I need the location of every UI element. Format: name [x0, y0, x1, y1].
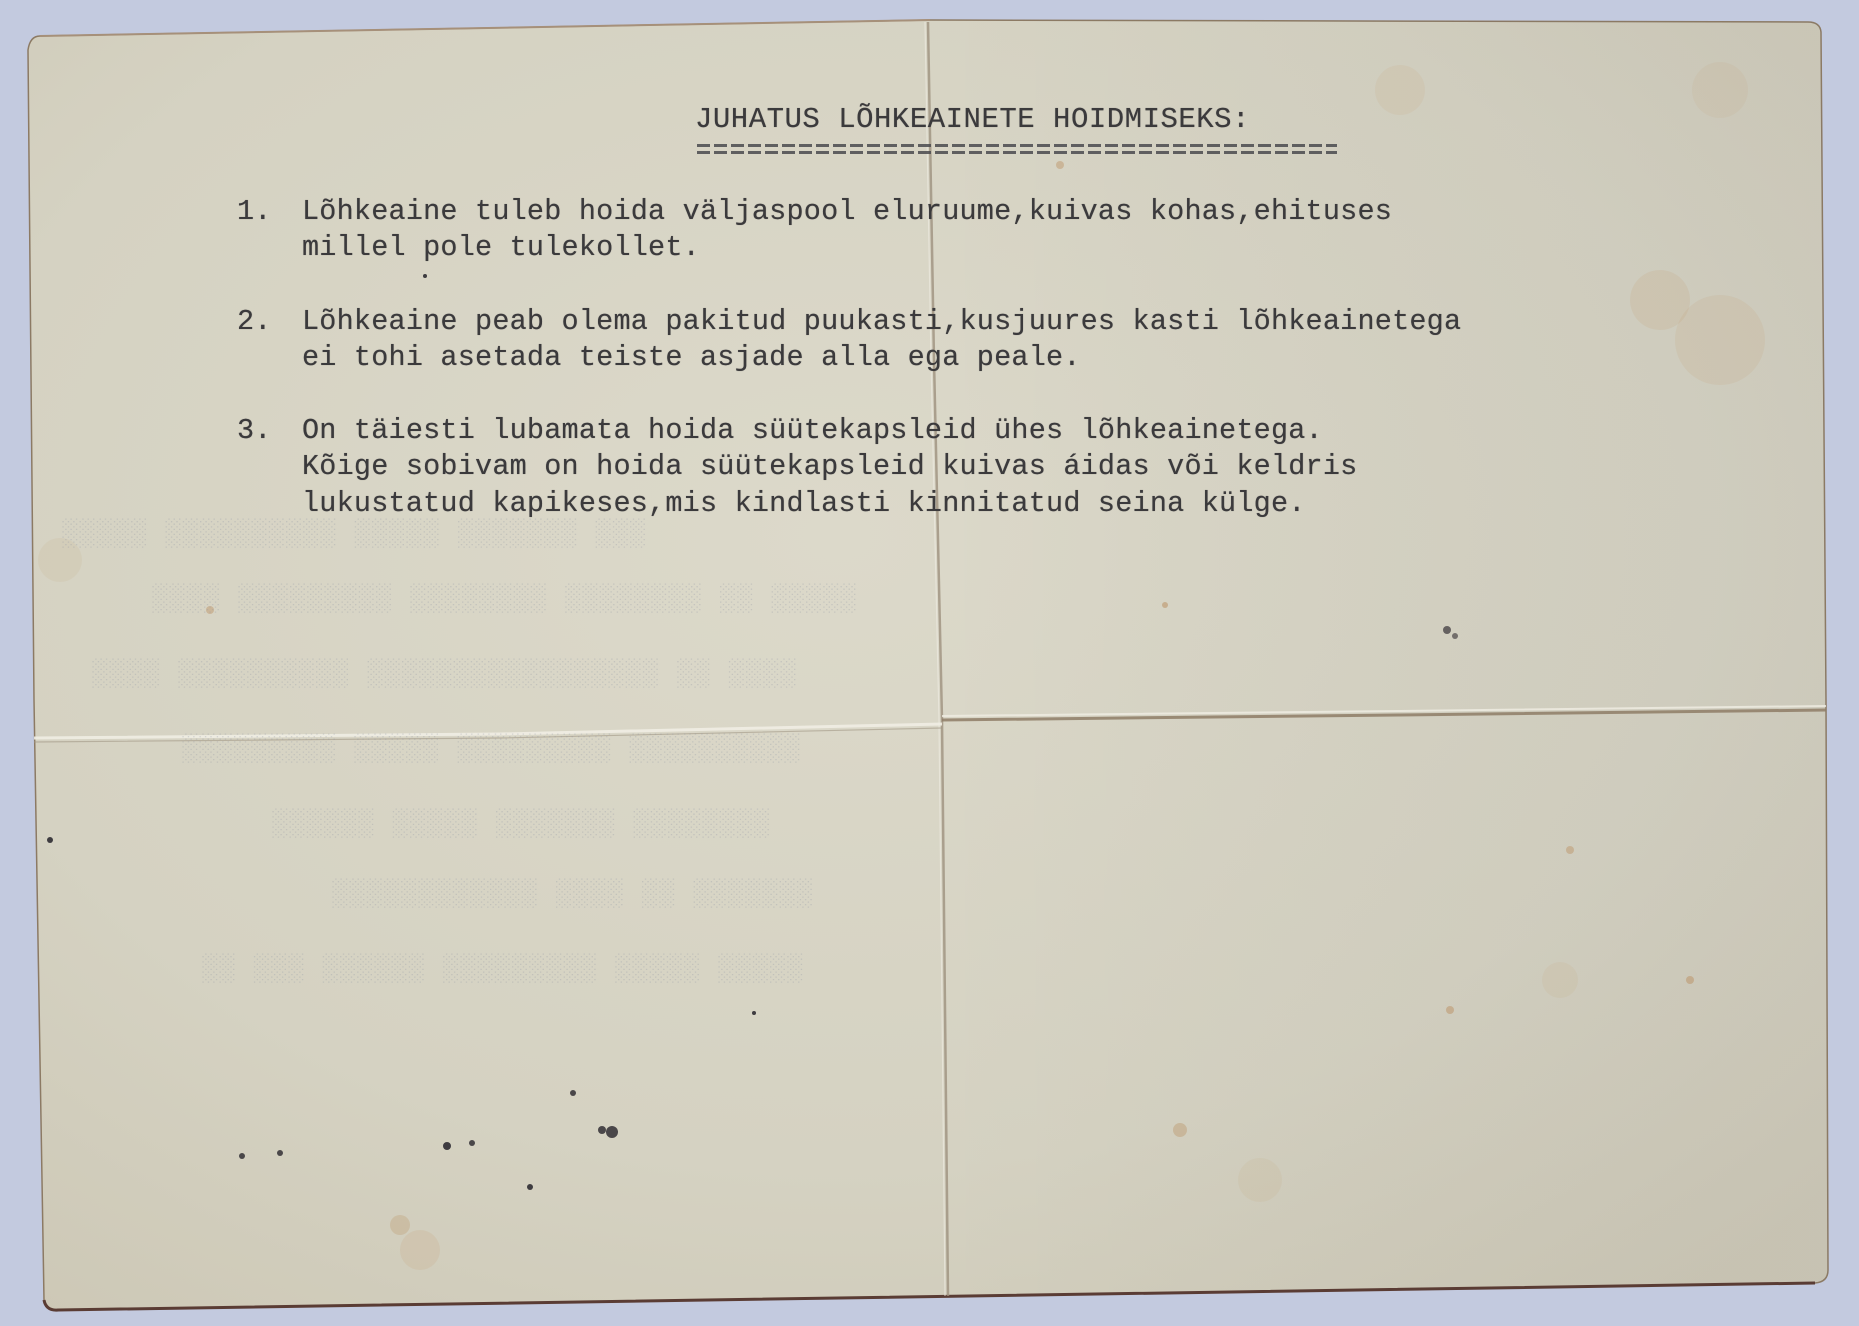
item-number: 2.: [237, 304, 272, 340]
document-sheet: ░░░ ░░░░░░░ ░░░░░ ░░░░░░░░░░ ░░░░░ ░░░░░…: [0, 0, 1859, 1326]
item-line: ei tohi asetada teiste asjade alla ega p…: [302, 340, 1081, 376]
bleed-through-text: ░░░░░░░░░░ ░░░░░░░░░ ░░░░░ ░░░░░░░░░: [180, 735, 799, 765]
bleed-through-text: ░░░░░ ░░ ░░░░░░░░ ░░░░░░░░ ░░░░░░░░░ ░░░…: [150, 585, 855, 615]
item-line: Kõige sobivam on hoida süütekapsleid kui…: [302, 449, 1357, 485]
document-title: JUHATUS LÕHKEAINETE HOIDMISEKS:: [695, 102, 1250, 138]
item-line: Lõhkeaine tuleb hoida väljaspool eluruum…: [302, 194, 1392, 230]
item-line: lukustatud kapikeses,mis kindlasti kinni…: [302, 486, 1306, 522]
bleed-through-text: ░░░ ░░░░░░░ ░░░░░ ░░░░░░░░░░ ░░░░░: [60, 520, 645, 550]
item-number: 1.: [237, 194, 272, 230]
bleed-through-text: ░░░░░░░ ░░ ░░░░ ░░░░░░░░░░░░: [330, 880, 812, 910]
item-line: Lõhkeaine peab olema pakitud puukasti,ku…: [302, 304, 1461, 340]
item-number: 3.: [237, 413, 272, 449]
item-line: millel pole tulekollet.: [302, 230, 700, 266]
bleed-through-text: ░░░░░░░░ ░░░░░░░ ░░░░░ ░░░░░░: [270, 810, 769, 840]
bleed-through-text: ░░░░ ░░ ░░░░░░░░░░░░░░░░░ ░░░░░░░░░░ ░░░…: [90, 660, 795, 690]
title-double-underline: [697, 144, 1337, 156]
bleed-through-text: ░░░░░ ░░░░░ ░░░░░░░░░ ░░░░░░ ░░░ ░░: [200, 955, 802, 985]
item-line: On täiesti lubamata hoida süütekapsleid …: [302, 413, 1323, 449]
